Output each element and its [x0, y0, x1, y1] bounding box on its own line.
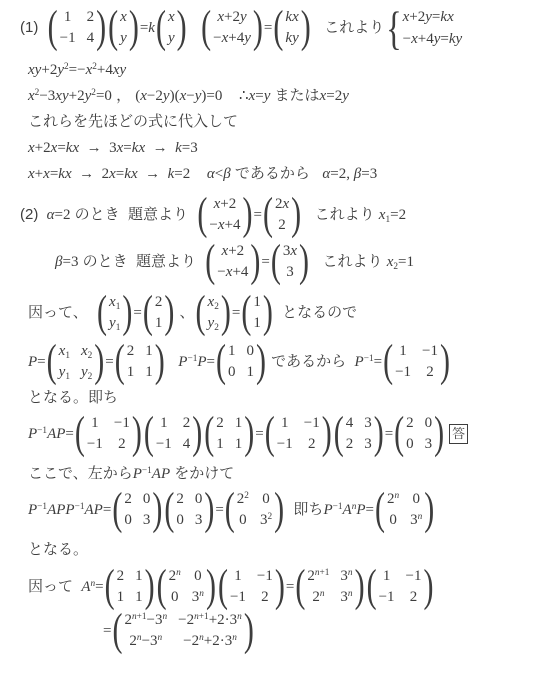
matrix-cell: −1	[257, 566, 273, 587]
matrix: (x+2−x+4)	[197, 193, 252, 237]
matrix-cell: 2	[155, 292, 163, 313]
right-paren: )	[291, 193, 301, 238]
matrix: (1001)	[216, 340, 266, 384]
right-paren: )	[177, 6, 187, 51]
left-paren: (	[295, 565, 305, 610]
text-run: (1)	[20, 17, 47, 39]
matrix-cell: 2n	[312, 587, 324, 608]
matrix-cells: 1−1−12	[376, 565, 425, 609]
matrix: (1−1−12)	[218, 565, 285, 609]
matrix-cells: kxky	[282, 6, 301, 50]
matrix-cell: x1	[109, 292, 120, 313]
left-paren: (	[204, 412, 214, 457]
left-paren: (	[205, 240, 215, 285]
text-run: となる。即ち	[28, 387, 118, 409]
left-paren: (	[47, 340, 57, 385]
right-paren: )	[164, 291, 174, 336]
matrix: (2n+1−3n−2n+1+2·3n2n−3n−2n+2·3n)	[112, 609, 253, 653]
math-expression: P−1AnP=	[323, 499, 374, 521]
superscript: n+1	[132, 612, 147, 622]
matrix: (xy)	[156, 6, 187, 50]
text-run: これより	[310, 251, 387, 273]
math-expression: =	[215, 499, 223, 521]
matrix-cell: 3	[425, 434, 433, 455]
matrix-cell: 32	[260, 510, 272, 531]
matrix-cell: 1	[216, 434, 224, 455]
matrix-cell: 2n	[169, 566, 181, 587]
math-expression: =	[261, 251, 269, 273]
superscript: n	[232, 633, 237, 643]
matrix-cell: x+2	[214, 194, 237, 215]
left-paren: (	[383, 340, 393, 385]
matrix-cell: 2n	[387, 489, 399, 510]
left-paren: (	[112, 609, 122, 654]
matrix-cells: 3x3	[280, 240, 300, 284]
matrix-cells: 1−1−12	[227, 565, 276, 609]
matrix-cells: 2111	[124, 340, 156, 384]
matrix-cell: 2	[410, 587, 418, 608]
math-line-9: 因って、 (x1y1)=(21) 、(x2y2)=(11) となるので	[0, 291, 552, 335]
math-line-16: 因って An=(2111)(2n003n)(1−1−12)=(2n+13n2n3…	[0, 565, 552, 609]
matrix-cell: 2	[127, 341, 135, 362]
text-run: 、	[175, 302, 194, 324]
matrix-cell: −1	[114, 413, 130, 434]
matrix-cell: 1	[234, 566, 242, 587]
superscript: n	[237, 612, 242, 622]
right-paren: )	[275, 565, 285, 610]
matrix-cell: 1	[91, 413, 99, 434]
subscript: 1	[116, 302, 121, 312]
math-expression: k	[148, 17, 155, 39]
matrix-cell: y	[168, 28, 175, 49]
matrix-cells: x+2−x+4	[206, 193, 243, 237]
right-paren: )	[155, 340, 165, 385]
matrix: (1−1−12)	[367, 565, 434, 609]
text-run	[190, 163, 207, 185]
matrix-cell: 2	[124, 489, 132, 510]
matrix-cells: 2n003n	[384, 488, 425, 532]
matrix-cell: 2n−3n	[129, 631, 162, 652]
right-paren: )	[242, 193, 252, 238]
matrix-cell: −x+4	[217, 262, 248, 283]
left-paren: (	[164, 488, 174, 533]
matrix-cell: 1	[160, 413, 168, 434]
matrix-cell: 2n+1	[307, 566, 329, 587]
subscript: 1	[65, 351, 70, 361]
right-paren: )	[192, 412, 202, 457]
right-paren: )	[355, 565, 365, 610]
matrix-cell: 22	[237, 489, 249, 510]
math-expression: =	[103, 620, 111, 642]
matrix: (2003)	[394, 412, 444, 456]
left-paren: (	[216, 340, 226, 385]
matrix-cells: 11	[250, 291, 264, 335]
matrix-cell: 2	[216, 413, 224, 434]
matrix-cell: 1	[228, 341, 236, 362]
matrix-cell: 1	[383, 566, 391, 587]
matrix-cell: 2	[406, 413, 414, 434]
matrix: (12−14)	[144, 412, 202, 456]
matrix-cell: 1	[247, 362, 255, 383]
cases-rows: x+2y=kx−x+4y=ky	[403, 6, 463, 50]
math-line-2: xy+2y2=−x2+4xy	[0, 58, 552, 82]
matrix-cell: y2	[81, 362, 92, 383]
right-paren: )	[132, 412, 142, 457]
matrix-cell: 0	[124, 510, 132, 531]
matrix-cells: 1−1−12	[274, 412, 323, 456]
matrix-cell: 0	[239, 510, 247, 531]
left-paren: (	[394, 412, 404, 457]
matrix-cell: x+2	[222, 241, 245, 262]
text-run: 因って、	[28, 302, 96, 324]
matrix-cell: 3	[286, 262, 294, 283]
left-paren: (	[197, 193, 207, 238]
matrix: (kxky)	[273, 6, 310, 50]
math-expression: x2−3xy+2y2=0	[28, 85, 112, 107]
math-line-14: P−1APP−1AP=(2003)(2003)=(220032) 即ちP−1An…	[0, 488, 552, 532]
matrix: (2x2)	[263, 193, 301, 237]
matrix-cell: 0	[262, 489, 270, 510]
math-line-3: x2−3xy+2y2=0 ， (x−2y)(x−y)=0 ∴x=y またはx=2…	[0, 84, 552, 108]
matrix: (x1y1)	[97, 291, 132, 335]
left-paren: (	[75, 412, 85, 457]
text-run: であるから	[267, 351, 355, 373]
math-line-8: β=3 のとき 題意より (x+2−x+4)=(3x3) これより x2=1	[0, 240, 552, 284]
matrix-cells: 12−14	[153, 412, 193, 456]
matrix-cells: 2x2	[272, 193, 292, 237]
text-run: (2)	[20, 204, 47, 226]
superscript: −1	[333, 502, 343, 512]
matrix-cell: −1	[304, 413, 320, 434]
math-expression: P−1P=	[178, 351, 215, 373]
cases-group: {x+2y=kx−x+4y=ky	[386, 6, 462, 50]
right-paren: )	[129, 6, 139, 51]
matrix-cell: 0	[176, 510, 184, 531]
matrix-cell: −1	[60, 28, 76, 49]
text-run: のとき 題意より	[78, 251, 204, 273]
right-paren: )	[244, 412, 254, 457]
matrix-cells: 1001	[225, 340, 257, 384]
left-paren: (	[375, 488, 385, 533]
cases-row: x+2y=kx	[403, 6, 454, 28]
math-expression: =	[255, 423, 263, 445]
matrix: (xy)	[108, 6, 139, 50]
superscript: n	[394, 491, 399, 501]
matrix-cell: 2	[87, 7, 95, 28]
matrix-cells: x1x2y1y2	[56, 340, 96, 384]
right-paren: )	[122, 291, 132, 336]
matrix-cell: 1	[145, 362, 153, 383]
math-expression: =	[140, 17, 148, 39]
matrix-cell: 0	[247, 341, 255, 362]
matrix-cell: x2	[81, 341, 92, 362]
math-expression: β=3	[55, 251, 78, 273]
math-line-12: P−1AP=(1−1−12)(12−14)(2111)=(1−1−12)(432…	[0, 412, 552, 456]
matrix-cell: −1	[422, 341, 438, 362]
math-expression: =	[253, 204, 261, 226]
right-paren: )	[244, 609, 254, 654]
right-paren: )	[299, 240, 309, 285]
matrix-cells: x2y2	[205, 291, 222, 335]
subscript: 2	[214, 323, 219, 333]
right-paren: )	[434, 412, 444, 457]
matrix-cell: 2x	[275, 194, 289, 215]
left-paren: (	[196, 291, 206, 336]
matrix-cell: 3	[143, 510, 151, 531]
matrix-cells: 2003	[403, 412, 435, 456]
superscript: −1	[37, 502, 47, 512]
cases-row: −x+4y=ky	[403, 28, 463, 50]
superscript: 2	[267, 512, 272, 522]
matrix-cell: 3	[364, 434, 372, 455]
math-line-15: となる。	[0, 538, 552, 562]
right-paren: )	[301, 6, 311, 51]
math-line-1: (1) (12−14)(xy)=k(xy) (x+2y−x+4y)=(kxky)…	[0, 6, 552, 50]
matrix: (12−14)	[48, 6, 106, 50]
matrix-cell: y1	[109, 313, 120, 334]
matrix-cells: 2n+13n2n3n	[304, 565, 355, 609]
matrix: (1−1−12)	[75, 412, 142, 456]
right-paren: )	[374, 412, 384, 457]
left-paren: (	[334, 412, 344, 457]
matrix-cell: −x+4y	[213, 28, 251, 49]
left-paren: (	[367, 565, 377, 610]
text-run: となるので	[274, 302, 357, 324]
text-run: これより	[302, 204, 379, 226]
right-paren: )	[440, 340, 450, 385]
text-run: をかけて	[170, 463, 234, 485]
superscript: n+1	[194, 612, 209, 622]
matrix-cells: 2n+1−3n−2n+1+2·3n2n−3n−2n+2·3n	[121, 609, 244, 653]
matrix-cell: 2	[278, 215, 286, 236]
matrix-cell: 2	[118, 434, 126, 455]
matrix-cell: 3x	[283, 241, 297, 262]
math-expression: α<β	[207, 163, 231, 185]
matrix: (2003)	[112, 488, 162, 532]
matrix: (2n003n)	[375, 488, 434, 532]
matrix-cell: 1	[145, 341, 153, 362]
math-expression: =	[385, 423, 393, 445]
math-expression: =	[264, 17, 272, 39]
matrix-cell: x	[120, 7, 127, 28]
right-paren: )	[152, 488, 162, 533]
right-paren: )	[424, 565, 434, 610]
math-expression: =	[133, 302, 141, 324]
superscript: n	[163, 612, 168, 622]
matrix: (220032)	[225, 488, 284, 532]
math-expression: xy+2y2=−x2+4xy	[28, 59, 126, 81]
math-expression: P−1AP=	[28, 423, 74, 445]
matrix-cell: 2	[346, 434, 354, 455]
right-paren: )	[256, 340, 266, 385]
matrix-cell: 3n	[192, 587, 204, 608]
matrix-cells: x+2−x+4	[214, 240, 251, 284]
subscript: 2	[88, 372, 93, 382]
left-paren: (	[263, 193, 273, 238]
matrix-cell: y2	[208, 313, 219, 334]
left-paren: (	[156, 6, 166, 51]
matrix: (2111)	[105, 565, 155, 609]
matrix: (1−1−12)	[265, 412, 332, 456]
matrix-cell: 0	[171, 587, 179, 608]
matrix-cell: 1	[253, 292, 261, 313]
matrix: (2111)	[115, 340, 165, 384]
math-expression: P−1=	[355, 351, 383, 373]
right-paren: )	[96, 6, 106, 51]
text-run: ここで、左から	[28, 463, 133, 485]
matrix-cell: 2	[261, 587, 269, 608]
matrix-cell: 0	[389, 510, 397, 531]
math-expression: (x−2y)(x−y)=0	[135, 85, 222, 107]
matrix-cell: 0	[406, 434, 414, 455]
matrix: (2111)	[204, 412, 254, 456]
matrix-cell: 1	[64, 7, 72, 28]
left-paren: (	[265, 412, 275, 457]
matrix-cell: −1	[87, 434, 103, 455]
matrix-cell: 2	[308, 434, 316, 455]
matrix-cell: −2n+1+2·3n	[178, 610, 242, 631]
matrix-cells: 4323	[343, 412, 375, 456]
matrix-cells: 2003	[121, 488, 153, 532]
matrix: (2n003n)	[157, 565, 216, 609]
left-paren: (	[105, 565, 115, 610]
matrix: (2003)	[164, 488, 214, 532]
right-paren: )	[424, 488, 434, 533]
matrix-cell: 2n+1−3n	[124, 610, 167, 631]
matrix: (x+2y−x+4y)	[201, 6, 263, 50]
math-line-13: ここで、左からP−1AP をかけて	[0, 462, 552, 486]
superscript: n	[158, 633, 163, 643]
text-run: ，	[112, 85, 135, 107]
left-paren: (	[48, 6, 58, 51]
text-run: これらを先ほどの式に代入して	[28, 111, 238, 133]
math-line-11: となる。即ち	[0, 386, 552, 410]
matrix-cells: 2003	[173, 488, 205, 532]
left-paren: (	[271, 240, 281, 285]
math-expression: x=2y	[320, 85, 349, 107]
math-solution-document: (1) (12−14)(xy)=k(xy) (x+2y−x+4y)=(kxky)…	[0, 0, 552, 684]
right-paren: )	[274, 488, 284, 533]
matrix-cells: 2111	[114, 565, 146, 609]
matrix-cell: 2	[183, 413, 191, 434]
matrix-cells: 2111	[213, 412, 245, 456]
matrix-cell: 3	[364, 413, 372, 434]
superscript: n	[320, 589, 325, 599]
superscript: n	[348, 589, 353, 599]
matrix-cell: −1	[406, 566, 422, 587]
left-brace: {	[386, 5, 401, 51]
matrix: (x+2−x+4)	[205, 240, 260, 284]
right-paren: )	[322, 412, 332, 457]
right-paren: )	[263, 291, 273, 336]
left-paren: (	[218, 565, 228, 610]
math-expression: =	[232, 302, 240, 324]
matrix: (21)	[143, 291, 175, 335]
superscript: −1	[37, 426, 47, 436]
matrix-cells: 21	[152, 291, 166, 335]
left-paren: (	[241, 291, 251, 336]
math-expression: P=	[28, 351, 46, 373]
matrix-cell: 0	[143, 489, 151, 510]
matrix-cell: ky	[285, 28, 298, 49]
matrix-cells: 12−14	[57, 6, 97, 50]
left-paren: (	[143, 291, 153, 336]
matrix-cell: 3n	[410, 510, 422, 531]
left-paren: (	[108, 6, 118, 51]
math-expression: P−1AP	[133, 463, 170, 485]
math-expression: x+2x=kx → 3x=kx → k=3	[28, 137, 198, 159]
superscript: n	[199, 589, 204, 599]
math-expression: x2=1	[387, 251, 414, 273]
math-line-17: =(2n+1−3n−2n+1+2·3n2n−3n−2n+2·3n)	[0, 609, 552, 653]
math-line-6: x+x=kx → 2x=kx → k=2 α<β であるから α=2, β=3	[0, 162, 552, 186]
matrix-cell: x+2y	[217, 7, 246, 28]
matrix-cells: 2n003n	[166, 565, 207, 609]
matrix-cells: x+2y−x+4y	[210, 6, 254, 50]
matrix-cell: kx	[285, 7, 298, 28]
text-run: または	[270, 85, 319, 107]
left-paren: (	[115, 340, 125, 385]
matrix-cell: −x+4	[209, 215, 240, 236]
matrix: (1−1−12)	[383, 340, 450, 384]
math-expression: x+x=kx → 2x=kx → k=2	[28, 163, 190, 185]
matrix-cell: 0	[194, 566, 202, 587]
right-paren: )	[206, 565, 216, 610]
text-run: のとき 題意より	[71, 204, 197, 226]
superscript: n	[176, 568, 181, 578]
text-run: これより	[312, 17, 385, 39]
matrix-cell: 3	[195, 510, 203, 531]
math-expression: α=2, β=3	[322, 163, 377, 185]
matrix: (3x3)	[271, 240, 309, 284]
text-run: 即ち	[285, 499, 323, 521]
matrix-cell: 2	[176, 489, 184, 510]
matrix-cell: −2n+2·3n	[183, 631, 237, 652]
matrix-cell: 0	[425, 413, 433, 434]
superscript: −1	[142, 466, 152, 476]
matrix-cell: 1	[253, 313, 261, 334]
superscript: n	[418, 512, 423, 522]
text-run: となる。	[28, 539, 88, 561]
left-paren: (	[273, 6, 283, 51]
matrix-cell: 4	[346, 413, 354, 434]
subscript: 2	[88, 351, 93, 361]
matrix-cell: 1	[235, 413, 243, 434]
right-paren: )	[253, 6, 263, 51]
right-paren: )	[145, 565, 155, 610]
matrix-cells: 220032	[234, 488, 275, 532]
left-paren: (	[201, 6, 211, 51]
matrix-cell: −1	[379, 587, 395, 608]
matrix-cell: y	[120, 28, 127, 49]
superscript: n+1	[315, 568, 330, 578]
matrix-cell: −1	[156, 434, 172, 455]
text-run: 因って	[28, 576, 81, 598]
text-run: であるから	[231, 163, 323, 185]
matrix-cell: 1	[281, 413, 289, 434]
right-paren: )	[250, 240, 260, 285]
math-line-10: P=(x1x2y1y2)=(2111) P−1P=(1001) であるから P−…	[0, 340, 552, 384]
matrix-cell: 1	[135, 587, 143, 608]
matrix-cell: 4	[183, 434, 191, 455]
matrix-cell: 2	[426, 362, 434, 383]
left-paren: (	[144, 412, 154, 457]
matrix-cell: −1	[277, 434, 293, 455]
matrix: (x1x2y1y2)	[47, 340, 105, 384]
matrix: (4323)	[334, 412, 384, 456]
matrix-cell: x	[168, 7, 175, 28]
matrix-cell: x1	[59, 341, 70, 362]
